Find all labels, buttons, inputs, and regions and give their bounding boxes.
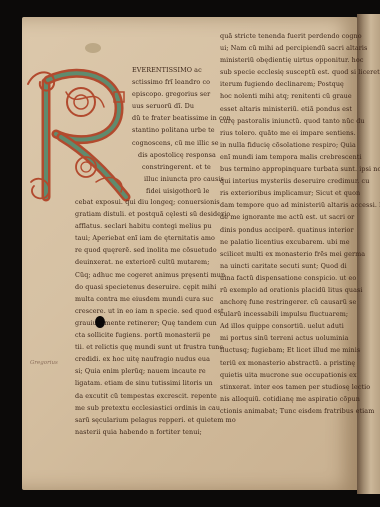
- text-line: dinis pondus acciperẽ. quatinus interior: [220, 224, 380, 236]
- text-line: nasterii quia habendo n fortiter tenui;: [75, 426, 236, 438]
- text-line: in nulla fiducię cõsolatione respiro; Qu…: [220, 139, 380, 151]
- text-line: uina factũ dispensatione conspicio. ut e…: [220, 272, 380, 284]
- text-line: re quod quęrerẽ. sed inolita me cõsuetud…: [75, 244, 236, 256]
- text-line: sub specie ecclesię susceptũ est. quod s…: [220, 66, 380, 78]
- text-line: constringerent. et te: [132, 161, 231, 173]
- text-line: gratiam distuli. et postquã cęlesti sũ d…: [75, 208, 236, 220]
- text-line: episcopo. gregorius ser: [132, 88, 231, 100]
- text-line: na uincti caritate secuti sunt; Quod di: [220, 260, 380, 272]
- text-line: dam tempore quo ad ministeriũ altaris ac…: [220, 199, 380, 211]
- text-line: stantino politana urbe te: [132, 124, 231, 136]
- left-column-top-text: EVERENTISSIMO ac sctissimo frĩ leandro c…: [132, 64, 231, 197]
- text-line: si; Quia enim plerũq; nauem incaute re: [75, 365, 236, 377]
- text-line: teriũ ex monasterio abstractũ. a pristin…: [220, 357, 380, 369]
- right-column-text: quã stricte tenenda fuerit perdendo cogn…: [220, 30, 380, 417]
- text-line: multa contra me eiusdem mundi cura suc: [75, 293, 236, 305]
- text-line: me sub pretextu ecclesiastici ordinis in…: [75, 402, 236, 414]
- text-line: sctissimo frĩ leandro co: [132, 76, 231, 88]
- text-line: dũ te frater beatissime in con: [132, 112, 231, 124]
- parchment-stain: [85, 43, 101, 53]
- text-line: credidi. ex hoc uitę naufragio nudus eua: [75, 353, 236, 365]
- text-line: afflatus. seclari habitu contegi melius …: [75, 220, 236, 232]
- illuminated-initial-r-icon: [26, 62, 136, 202]
- text-line: scilicet multi ex monasterio frẽs mei ge…: [220, 248, 380, 260]
- margin-note: Gregorius: [30, 360, 58, 366]
- text-line: qui interius mysteriis deseruire credimu…: [220, 175, 380, 187]
- text-line: ligatam. etiam de sinu tutissimi litoris…: [75, 377, 236, 389]
- text-line: EVERENTISSIMO ac: [132, 64, 231, 76]
- text-line: enĩ mundi iam tempora malis crebrescenti: [220, 151, 380, 163]
- parchment-hole: [95, 316, 105, 328]
- text-line: illuc iniuncta pro causis: [132, 173, 231, 185]
- text-line: quã stricte tenenda fuerit perdendo cogn…: [220, 30, 380, 42]
- text-line: Cũq; adhuc me cogeret animus pręsenti mu…: [75, 269, 236, 281]
- text-line: dis apostolicę responsa: [132, 149, 231, 161]
- text-line: cularũ incessabili impulsu fluctuarem;: [220, 308, 380, 320]
- text-line: sarũ sęcularium pelagus repperi. et quie…: [75, 414, 236, 426]
- text-line: curę pastoralis iniunctũ. quod tanto nũc…: [220, 115, 380, 127]
- text-line: quietis uita mucrone sue occupationis ex: [220, 369, 380, 381]
- text-line: rius tolero. quãto me ei impare sentiens…: [220, 127, 380, 139]
- text-line: da excutit cũ tempestas excrescit. repen…: [75, 390, 236, 402]
- text-line: ne palatio licentius excubarem. ubi me: [220, 236, 380, 248]
- text-line: rũ exemplo ad orationis placidũ litus qu…: [220, 284, 380, 296]
- text-line: Ad illos quippe consortiũ. uelut aduti: [220, 320, 380, 332]
- text-line: fluctusq; fugiebam; Et licet illud me mi…: [220, 344, 380, 356]
- text-line: uus seruorũ dĩ. Du: [132, 100, 231, 112]
- text-line: bus termino appropinquare turbata sunt. …: [220, 163, 380, 175]
- text-line: ministeriũ obędientię uirtus opponitur. …: [220, 54, 380, 66]
- text-line: tii. et relictis quę mundi sunt ut frust…: [75, 341, 236, 353]
- text-line: cognoscens, cũ me illic se: [132, 137, 231, 149]
- text-line: cta sollicite fugiens. portũ monasterii …: [75, 329, 236, 341]
- text-line: ctionis animabat; Tunc eisdem fratribus …: [220, 405, 380, 417]
- text-line: stinxerat. inter eos tamen per studiosę …: [220, 381, 380, 393]
- text-line: esset altaris ministeriũ. etiã pondus es…: [220, 103, 380, 115]
- text-line: deuinxerat. ne exteriorẽ cultũ mutarem;: [75, 256, 236, 268]
- text-line: nis alloquiũ. cotidianę me aspiratio cõp…: [220, 393, 380, 405]
- text-line: taui; Aperiebat enĩ iam de ęternitatis a…: [75, 232, 236, 244]
- text-line: cebat exposui. qui diu longeq; conuersio…: [75, 196, 236, 208]
- text-line: hoc nolenti mihi atq; renitenti cũ graue: [220, 90, 380, 102]
- text-line: anchorę fune restringerer. cũ causarũ se: [220, 296, 380, 308]
- text-line: de me ignorante me actũ est. ut sacri or: [220, 211, 380, 223]
- text-line: iterum fugiendo declinarem; Postquę: [220, 78, 380, 90]
- text-line: mi portus sinũ terreni actus uoluminia: [220, 332, 380, 344]
- text-line: ris exterioribus implicamur; Sicut et qu…: [220, 187, 380, 199]
- text-line: do quasi specietenus deseruire. cępit mi…: [75, 281, 236, 293]
- text-line: ui; Nam cũ mihi ad percipiendũ sacri alt…: [220, 42, 380, 54]
